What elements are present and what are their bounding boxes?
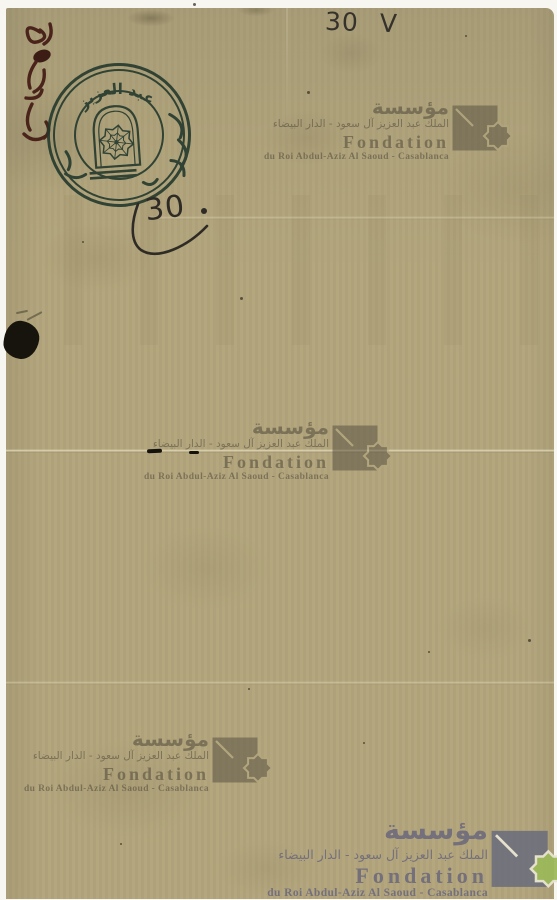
foundation-logo — [332, 425, 393, 472]
foundation-watermark: مؤسسة الملك عبد العزيز آل سعود - الدار ا… — [47, 729, 273, 794]
speck — [193, 3, 196, 6]
svg-text:عبد العزيز: عبد العزيز — [72, 77, 159, 114]
stamp-star-icon — [99, 124, 135, 160]
speck — [307, 91, 310, 94]
speck — [363, 742, 365, 744]
official-round-stamp: عبد العزيز — [45, 60, 195, 210]
speck — [248, 688, 250, 690]
folio-number-annotation: 30 V — [325, 7, 399, 39]
stamp-arabic-text: عبد العزيز — [72, 77, 159, 114]
foundation-logo — [491, 830, 557, 889]
speck — [528, 639, 531, 642]
logo-star-icon — [244, 754, 272, 782]
watermark-arabic-subtitle: الملك عبد العزيز آل سعود - الدار البيضاء — [153, 437, 329, 452]
watermark-arabic-title: مؤسسة — [252, 417, 329, 437]
foundation-logo — [212, 737, 273, 784]
speck — [120, 843, 122, 845]
speck — [428, 651, 430, 653]
speck — [82, 241, 84, 243]
watermark-latin-title: Fondation — [343, 133, 449, 152]
foundation-watermark: مؤسسة الملك عبد العزيز آل سعود - الدار ا… — [287, 97, 513, 162]
watermark-latin-title: Fondation — [223, 453, 329, 472]
scanned-document: عبد العزيز — [0, 0, 557, 900]
watermark-text-block: مؤسسة الملك عبد العزيز آل سعود - الدار ا… — [167, 417, 329, 482]
flourish-stroke — [122, 194, 242, 260]
watermark-arabic-title: مؤسسة — [384, 816, 488, 846]
foundation-watermark: مؤسسة الملك عبد العزيز آل سعود - الدار ا… — [276, 816, 557, 899]
watermark-latin-title: Fondation — [355, 864, 488, 887]
watermark-text-block: مؤسسة الملك عبد العزيز آل سعود - الدار ا… — [276, 816, 488, 899]
watermark-latin-subtitle: du Roi Abdul-Aziz Al Saoud - Casablanca — [264, 152, 449, 162]
watermark-text-block: مؤسسة الملك عبد العزيز آل سعود - الدار ا… — [287, 97, 449, 162]
watermark-latin-subtitle: du Roi Abdul-Aziz Al Saoud - Casablanca — [267, 887, 488, 899]
watermark-latin-subtitle: du Roi Abdul-Aziz Al Saoud - Casablanca — [144, 472, 329, 482]
foundation-watermark: مؤسسة الملك عبد العزيز آل سعود - الدار ا… — [167, 417, 393, 482]
watermark-arabic-subtitle: الملك عبد العزيز آل سعود - الدار البيضاء — [278, 846, 488, 864]
speck — [465, 35, 467, 37]
watermark-latin-subtitle: du Roi Abdul-Aziz Al Saoud - Casablanca — [24, 784, 209, 794]
logo-star-icon — [531, 851, 557, 886]
watermark-text-block: مؤسسة الملك عبد العزيز آل سعود - الدار ا… — [47, 729, 209, 794]
logo-star-icon — [364, 442, 392, 470]
speck — [240, 297, 243, 300]
watermark-arabic-subtitle: الملك عبد العزيز آل سعود - الدار البيضاء — [33, 749, 209, 764]
logo-star-icon — [484, 122, 512, 150]
watermark-arabic-subtitle: الملك عبد العزيز آل سعود - الدار البيضاء — [273, 117, 449, 132]
watermark-latin-title: Fondation — [103, 765, 209, 784]
watermark-arabic-title: مؤسسة — [132, 729, 209, 749]
watermark-arabic-title: مؤسسة — [372, 97, 449, 117]
fold-crease-lower — [6, 681, 554, 685]
foundation-logo — [452, 105, 513, 152]
